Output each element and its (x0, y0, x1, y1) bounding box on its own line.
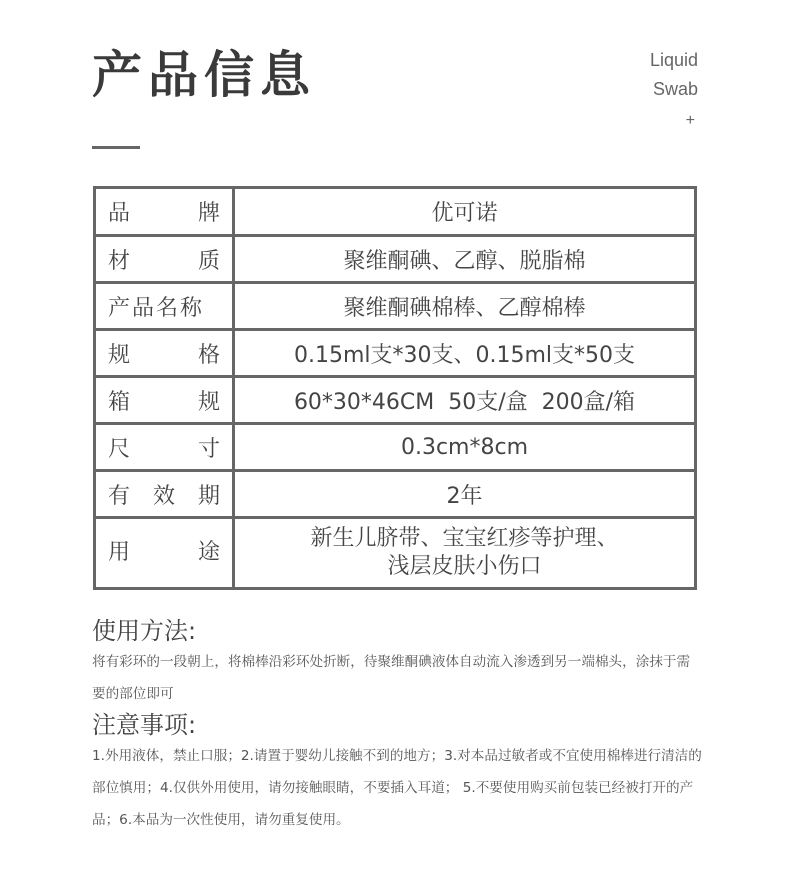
side-label-line1: Liquid (650, 46, 698, 75)
label-char: 寸 (198, 432, 220, 463)
table-row-brand: 品 牌 优可诺 (95, 188, 696, 236)
row-value: 聚维酮碘棉棒、乙醇棉棒 (234, 283, 696, 330)
row-value: 新生儿脐带、宝宝红疹等护理、 浅层皮肤小伤口 (234, 518, 696, 589)
table-row-usage: 用 途 新生儿脐带、宝宝红疹等护理、 浅层皮肤小伤口 (95, 518, 696, 589)
label-char: 期 (198, 479, 220, 510)
table-row-shelf-life: 有 效 期 2年 (95, 471, 696, 518)
label-char: 尺 (108, 432, 130, 463)
row-label: 箱 规 (95, 377, 234, 424)
label-char: 质 (198, 244, 220, 275)
side-english-label: Liquid Swab (650, 46, 698, 104)
label-char: 有 (108, 479, 130, 510)
row-value: 0.3cm*8cm (234, 424, 696, 471)
row-label: 材 质 (95, 236, 234, 283)
usage-heading: 使用方法: (92, 616, 702, 646)
table-row-spec: 规 格 0.15ml支*30支、0.15ml支*50支 (95, 330, 696, 377)
label-char: 途 (198, 539, 220, 567)
usage-text: 将有彩环的一段朝上，将棉棒沿彩环处折断，待聚维酮碘液体自动流入渗透到另一端棉头，… (92, 646, 702, 710)
label-char: 牌 (198, 196, 220, 227)
row-value-line1: 新生儿脐带、宝宝红疹等护理、 (235, 525, 694, 553)
label-char: 规 (198, 385, 220, 416)
row-value: 聚维酮碘、乙醇、脱脂棉 (234, 236, 696, 283)
label-char: 效 (153, 479, 175, 510)
notes-heading: 注意事项: (92, 710, 702, 740)
table-row-material: 材 质 聚维酮碘、乙醇、脱脂棉 (95, 236, 696, 283)
table-row-carton: 箱 规 60*30*46CM 50支/盒 200盒/箱 (95, 377, 696, 424)
label-char: 规 (108, 338, 130, 369)
label-char: 材 (108, 244, 130, 275)
row-label: 有 效 期 (95, 471, 234, 518)
table-row-size: 尺 寸 0.3cm*8cm (95, 424, 696, 471)
label-char: 用 (108, 539, 130, 567)
label-char: 箱 (108, 385, 130, 416)
label-char: 品 (108, 196, 130, 227)
label-char: 产品名称 (108, 291, 204, 322)
table-row-product-name: 产品名称 聚维酮碘棉棒、乙醇棉棒 (95, 283, 696, 330)
usage-section: 使用方法: 将有彩环的一段朝上，将棉棒沿彩环处折断，待聚维酮碘液体自动流入渗透到… (92, 616, 702, 710)
row-value: 2年 (234, 471, 696, 518)
notes-text: 1.外用液体，禁止口服；2.请置于婴幼儿接触不到的地方；3.对本品过敏者或不宜使… (92, 740, 702, 836)
product-spec-table: 品 牌 优可诺 材 质 聚维酮碘、乙醇、脱脂棉 产品名称 聚维酮碘棉棒、乙醇棉棒… (93, 186, 697, 590)
row-label: 尺 寸 (95, 424, 234, 471)
row-label: 产品名称 (95, 283, 234, 330)
row-value: 60*30*46CM 50支/盒 200盒/箱 (234, 377, 696, 424)
row-label: 品 牌 (95, 188, 234, 236)
row-value: 0.15ml支*30支、0.15ml支*50支 (234, 330, 696, 377)
plus-icon: + (686, 112, 695, 130)
title-underline-divider (92, 146, 140, 149)
side-label-line2: Swab (650, 75, 698, 104)
row-label: 用 途 (95, 518, 234, 589)
row-value-line2: 浅层皮肤小伤口 (235, 553, 694, 581)
label-char: 格 (198, 338, 220, 369)
page-title: 产品信息 (92, 40, 316, 110)
row-value: 优可诺 (234, 188, 696, 236)
notes-section: 注意事项: 1.外用液体，禁止口服；2.请置于婴幼儿接触不到的地方；3.对本品过… (92, 710, 702, 836)
row-label: 规 格 (95, 330, 234, 377)
